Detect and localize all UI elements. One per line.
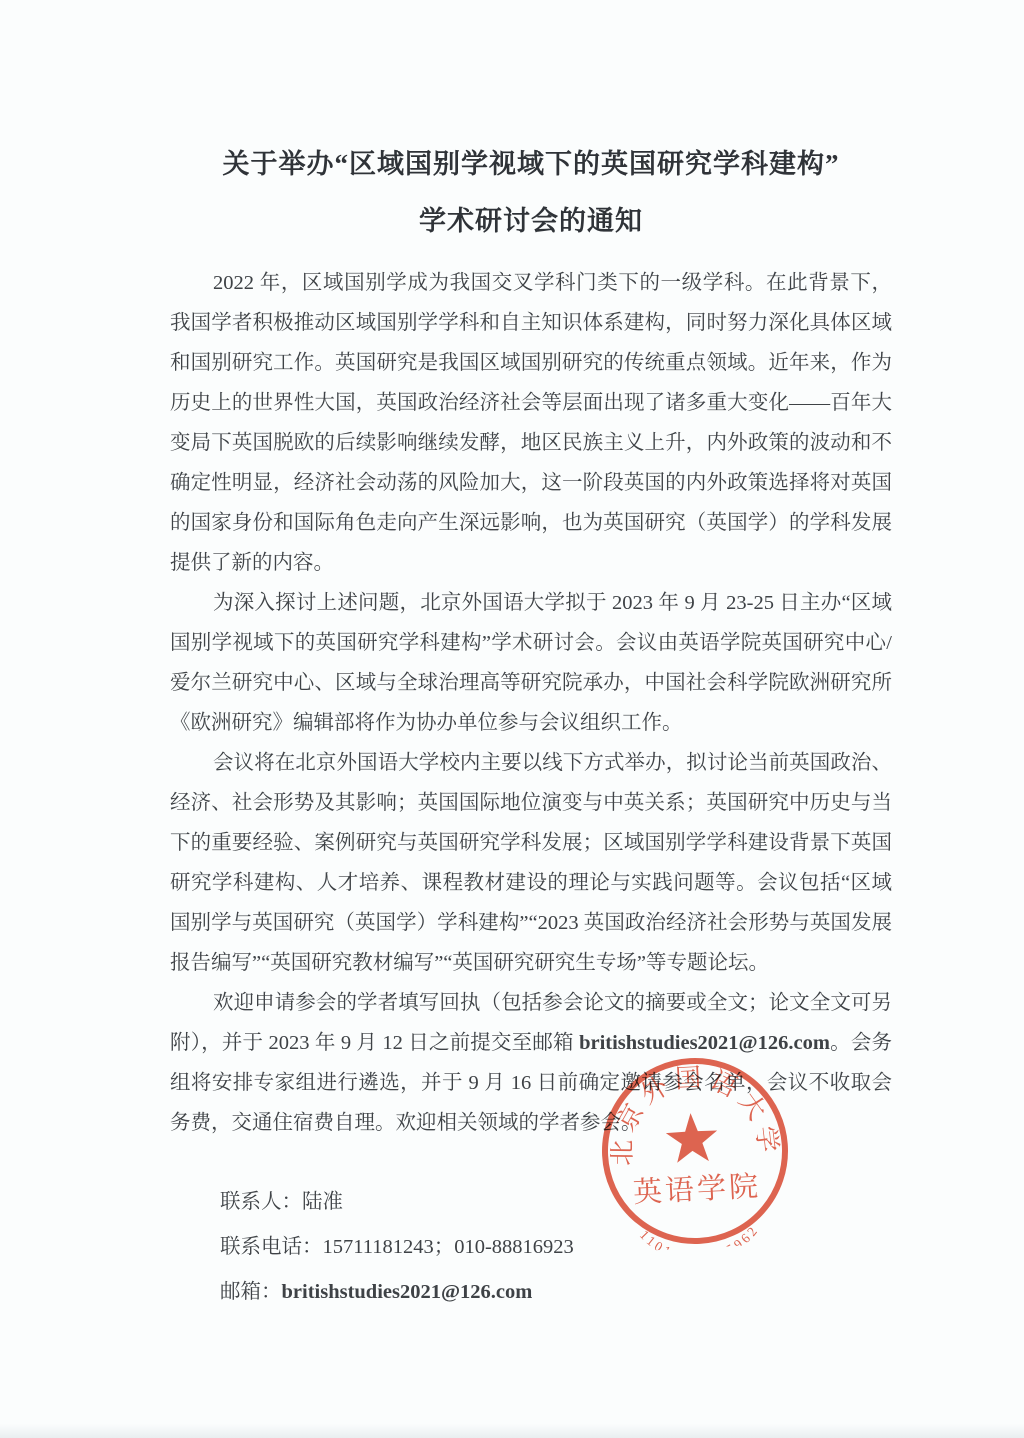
text-segment: 为深入探讨上述问题，北京外国语大学拟于 2023 年 9 月 23-25 日主办… [170, 592, 892, 734]
contact-email-value: britishstudies2021@126.com [282, 1281, 533, 1303]
contact-person-line: 联系人：陆准 [170, 1180, 892, 1225]
contact-block: 联系人：陆准 联系电话：15711181243；010-88816923 邮箱：… [170, 1180, 892, 1315]
contact-phone-value: 15711181243；010-88816923 [323, 1236, 574, 1258]
paragraph: 欢迎申请参会的学者填写回执（包括参会论文的摘要或全文；论文全文可另附），并于 2… [170, 983, 892, 1143]
contact-email-label: 邮箱： [220, 1281, 282, 1303]
contact-phone-line: 联系电话：15711181243；010-88816923 [170, 1225, 892, 1270]
scanned-notice-page: 关于举办“区域国别学视域下的英国研究学科建构” 学术研讨会的通知 2022 年，… [0, 0, 1024, 1438]
contact-email-line: 邮箱：britishstudies2021@126.com [170, 1270, 892, 1315]
contact-phone-label: 联系电话： [220, 1236, 323, 1258]
title-line-1: 关于举办“区域国别学视域下的英国研究学科建构” [170, 136, 892, 193]
text-segment: 会议将在北京外国语大学校内主要以线下方式举办，拟讨论当前英国政治、经济、社会形势… [170, 752, 892, 974]
paragraph: 会议将在北京外国语大学校内主要以线下方式举办，拟讨论当前英国政治、经济、社会形势… [170, 743, 892, 983]
scan-bottom-shadow [0, 1424, 1024, 1438]
text-segment: 2022 年，区域国别学成为我国交叉学科门类下的一级学科。在此背景下，我国学者积… [170, 272, 892, 574]
email-bold-segment: britishstudies2021@126.com [579, 1032, 830, 1054]
body-paragraphs: 2022 年，区域国别学成为我国交叉学科门类下的一级学科。在此背景下，我国学者积… [170, 263, 892, 1143]
title-line-2: 学术研讨会的通知 [170, 193, 892, 250]
contact-person-value: 陆准 [302, 1191, 343, 1213]
document-title: 关于举办“区域国别学视域下的英国研究学科建构” 学术研讨会的通知 [170, 136, 892, 250]
paragraph: 2022 年，区域国别学成为我国交叉学科门类下的一级学科。在此背景下，我国学者积… [170, 263, 892, 583]
contact-person-label: 联系人： [220, 1191, 302, 1213]
paragraph: 为深入探讨上述问题，北京外国语大学拟于 2023 年 9 月 23-25 日主办… [170, 583, 892, 743]
